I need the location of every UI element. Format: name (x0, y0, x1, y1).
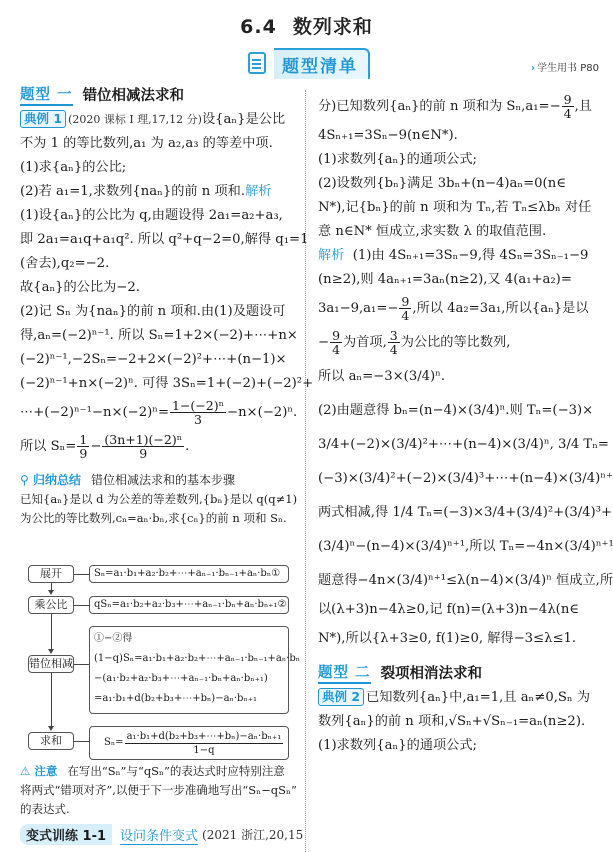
variant-training: 变式训练 1-1 设问条件变式 (2021 浙江,20,15 (20, 824, 305, 845)
summary-line: 为公比的等比数列,cₙ=aₙ·bₙ,求{cₙ}的前 n 项和 Sₙ. (20, 509, 296, 528)
variant-tag: 变式训练 1-1 (20, 824, 112, 845)
numerator: 9 (399, 295, 411, 309)
solution-line: N*),所以{λ+3≥0, f(1)≥0, 解得−3≤λ≤1. (318, 622, 604, 656)
banner-label: 题型清单 (274, 48, 370, 79)
summary-tag-text: 归纳总结 (33, 473, 81, 487)
text: ,且 (575, 99, 592, 114)
solution-line: 所以 Sₙ=19−(3n+1)(−2)ⁿ9. (20, 430, 296, 464)
analysis-label: 解析 (245, 184, 271, 199)
text: ,所以 4a₂=3a₁,所以{aₙ}是以 (412, 301, 588, 316)
flowchart: 展开 乘公比 错位相减 求和 Sₙ=a₁·b₁+a₂·b₂+⋯+aₙ₋₁·bₙ₋… (20, 563, 298, 763)
summary-heading: ⚲ 归纳总结错位相减法求和的基本步骤 (20, 470, 296, 490)
numerator: 1−(−2)ⁿ (170, 399, 226, 413)
clipboard-icon (248, 52, 266, 74)
fraction: (3n+1)(−2)ⁿ9 (102, 433, 184, 460)
fraction: 94 (330, 329, 342, 356)
example-tag: 典例 2 (318, 688, 364, 706)
text-line: (2)若 a₁=1,求数列{naₙ}的前 n 项和.解析 (20, 180, 296, 204)
warning-icon: ⚠ 注意 (20, 764, 57, 778)
problem-line: N*),记{bₙ}的前 n 项和为 Tₙ,若 Tₙ≤λbₙ 对任 (318, 196, 604, 220)
flow-connector (74, 605, 89, 606)
banner: 题型清单 (248, 50, 370, 76)
section-number: 6.4 (240, 16, 277, 38)
section-heading-type2: 题型 二 裂项相消法求和 (318, 662, 604, 686)
text-line: 数列{aₙ}的前 n 项和,√Sₙ+√Sₙ₋₁=aₙ(n≥2). (318, 710, 604, 734)
flow-sum-formula: Sₙ= a₁·b₁+d(b₂+b₃+⋯+bₙ)−aₙ·bₙ₊₁1−q (89, 726, 289, 760)
solution-line: 以(λ+3)n−4λ≥0,记 f(n)=(λ+3)n−4λ(n∈ (318, 598, 604, 622)
flow-step-subtract: 错位相减 (28, 655, 74, 673)
numerator: 9 (562, 93, 574, 107)
text-line: 不为 1 的等比数列,a₁ 为 a₂,a₃ 的等差中项. (20, 132, 296, 156)
solution-line: (1)设{aₙ}的公比为 q,由题设得 2a₁=a₂+a₃, (20, 204, 296, 228)
problem-line: (2)设数列{bₙ}满足 3bₙ+(n−4)aₙ=0(n∈ (318, 172, 604, 196)
numerator: 1 (77, 433, 89, 447)
solution-line: (−3)×(3/4)²+(−2)×(3/4)³+⋯+(n−4)×(3/4)ⁿ⁺¹… (318, 462, 604, 496)
example2-line: 典例 2已知数列{aₙ}中,a₁=1,且 aₙ≠0,Sₙ 为 (318, 686, 604, 710)
solution-line: (−2)ⁿ⁻¹,−2Sₙ=−2+2×(−2)²+⋯+(n−1)× (20, 348, 296, 372)
text: 所以 Sₙ= (20, 439, 76, 454)
text: 已知数列{aₙ}中,a₁=1,且 aₙ≠0,Sₙ 为 (366, 690, 590, 705)
solution-line: (2)由题意得 bₙ=(n−4)×(3/4)ⁿ.则 Tₙ=(−3)× (318, 394, 604, 428)
denominator: 4 (332, 343, 340, 356)
flow-subtract-formula: ①−②得 (1−q)Sₙ=a₁·b₁+a₂·b₂+⋯+aₙ₋₁·bₙ₋₁+aₙ·… (89, 626, 289, 714)
denominator: 4 (564, 107, 572, 120)
flow-connector (51, 614, 52, 650)
example-tag: 典例 1 (20, 110, 66, 128)
solution-line: −94为首项,34为公比的等比数列, (318, 326, 604, 360)
solution-line: 即 2a₁=a₁q+a₁q². 所以 q²+q−2=0,解得 q₁=1 (20, 228, 296, 252)
page-title: 6.4数列求和 (0, 12, 613, 39)
summary-title: 错位相减法求和的基本步骤 (91, 473, 235, 487)
solution-line: (n≥2),则 4aₙ₊₁=3aₙ(n≥2),又 4(a₁+a₂)= (318, 268, 604, 292)
note-box: ⚠ 注意在写出“Sₙ”与“qSₙ”的表达式时应特别注意 将两式“错项对齐”,以便… (20, 762, 300, 819)
solution-line: 3/4+(−2)×(3/4)²+⋯+(n−4)×(3/4)ⁿ, 3/4 Tₙ= (318, 428, 604, 462)
denominator: 9 (79, 447, 87, 460)
solution-line: 3a₁−9,a₁=−94,所以 4a₂=3a₁,所以{aₙ}是以 (318, 292, 604, 326)
text: 分)已知数列{aₙ}的前 n 项和为 Sₙ,a₁=− (318, 99, 561, 114)
fraction: 1−(−2)ⁿ3 (170, 399, 226, 426)
text: ⋯+(−2)ⁿ⁻¹−n×(−2)ⁿ= (20, 405, 169, 420)
numerator: a₁·b₁+d(b₂+b₃+⋯+bₙ)−aₙ·bₙ₊₁ (125, 730, 284, 744)
text: 在写出“Sₙ”与“qSₙ”的表达式时应特别注意 (67, 764, 285, 778)
note-line: 将两式“错项对齐”,以便于下一步准确地写出“Sₙ−qSₙ” (20, 781, 300, 800)
book-ref-text: 学生用书 P80 (537, 63, 599, 74)
text-line: (1)求{aₙ}的公比; (20, 156, 296, 180)
flow-multiply-formula: qSₙ=a₁·b₂+a₂·b₃+⋯+aₙ₋₁·bₙ+aₙ·bₙ₊₁② (89, 596, 289, 614)
summary-tag: ⚲ 归纳总结 (20, 473, 81, 487)
right-column: 分)已知数列{aₙ}的前 n 项和为 Sₙ,a₁=−94,且 4Sₙ₊₁=3Sₙ… (318, 90, 604, 758)
text: 为首项, (343, 335, 387, 350)
analysis-label: 解析 (318, 248, 344, 263)
fraction: 94 (562, 93, 574, 120)
chevron-right-icon: › (531, 63, 535, 74)
solution-line: 所以 aₙ=−3×(3/4)ⁿ. (318, 360, 604, 394)
problem-line: 4Sₙ₊₁=3Sₙ−9(n∈N*). (318, 124, 604, 148)
solution-line: 故{aₙ}的公比为−2. (20, 276, 296, 300)
flow-connector (51, 673, 52, 727)
variant-subtag: 设问条件变式 (120, 825, 198, 845)
text: 3a₁−9,a₁=− (318, 301, 398, 316)
numerator: 3 (388, 329, 400, 343)
text-line: (1)求数列{aₙ}的通项公式; (318, 734, 604, 758)
text: (2)若 a₁=1,求数列{naₙ}的前 n 项和. (20, 184, 245, 199)
flow-step-sum: 求和 (28, 732, 74, 750)
type-tag: 题型 二 (318, 664, 371, 684)
solution-line: 题意得−4n×(3/4)ⁿ⁺¹≤λ(n−4)×(3/4)ⁿ 恒成立,所 (318, 564, 604, 598)
flow-connector (74, 574, 89, 575)
solution-line: (2)记 Sₙ 为{naₙ}的前 n 项和.由(1)及题设可 (20, 300, 296, 324)
solution-line: (3/4)ⁿ−(n−4)×(3/4)ⁿ⁺¹,所以 Tₙ=−4n×(3/4)ⁿ⁺¹… (318, 530, 604, 564)
solution-line: ⋯+(−2)ⁿ⁻¹−n×(−2)ⁿ=1−(−2)ⁿ3−n×(−2)ⁿ. (20, 396, 296, 430)
solution-line: 解析 (1)由 4Sₙ₊₁=3Sₙ−9,得 4Sₙ=3Sₙ₋₁−9 (318, 244, 604, 268)
problem-line: 分)已知数列{aₙ}的前 n 项和为 Sₙ,a₁=−94,且 (318, 90, 604, 124)
fraction: a₁·b₁+d(b₂+b₃+⋯+bₙ)−aₙ·bₙ₊₁1−q (125, 730, 284, 757)
type-tag: 题型 一 (20, 86, 73, 106)
arrow-down-icon (48, 649, 54, 654)
formula-line: =a₁·b₁+d(b₂+b₃+⋯+bₙ)−aₙ·bₙ₊₁ (94, 689, 284, 709)
text: (1)由 4Sₙ₊₁=3Sₙ−9,得 4Sₙ=3Sₙ₋₁−9 (353, 248, 589, 263)
solution-line: 两式相减,得 1/4 Tₙ=(−3)×3/4+(3/4)²+(3/4)³+⋯+ (318, 496, 604, 530)
denominator: 1−q (193, 744, 214, 757)
formula-line: ①−②得 (94, 629, 284, 649)
fraction: 34 (388, 329, 400, 356)
problem-line: (1)求数列{aₙ}的通项公式; (318, 148, 604, 172)
denominator: 4 (401, 309, 409, 322)
section-heading-type1: 题型 一 错位相减法求和 (20, 84, 296, 108)
flow-step-expand: 展开 (28, 565, 74, 583)
note-line: 的表达式. (20, 800, 300, 819)
flow-connector (74, 664, 89, 665)
flow-step-multiply: 乘公比 (28, 596, 74, 614)
denominator: 4 (390, 343, 398, 356)
summary-line: 已知{aₙ}是以 d 为公差的等差数列,{bₙ}是以 q(q≠1) (20, 490, 296, 509)
book-reference: ›学生用书 P80 (531, 59, 599, 74)
column-divider (305, 90, 306, 852)
variant-source: (2021 浙江,20,15 (202, 826, 303, 843)
solution-line: (−2)ⁿ⁻¹+n×(−2)ⁿ. 可得 3Sₙ=1+(−2)+(−2)²+ (20, 372, 296, 396)
left-column: 题型 一 错位相减法求和 典例 1(2020 课标 Ⅰ 理,17,12 分)设{… (20, 84, 296, 528)
note-line: ⚠ 注意在写出“Sₙ”与“qSₙ”的表达式时应特别注意 (20, 762, 300, 781)
solution-line: (舍去),q₂=−2. (20, 252, 296, 276)
arrow-down-icon (48, 590, 54, 595)
arrow-down-icon (48, 726, 54, 731)
flow-connector (74, 741, 89, 742)
text: 设{aₙ}是公比 (202, 112, 285, 127)
denominator: 3 (194, 413, 202, 426)
formula-lhs: Sₙ= (104, 736, 124, 750)
section-title: 数列求和 (293, 16, 373, 38)
type-title: 裂项相消法求和 (381, 662, 483, 686)
fraction: 94 (399, 295, 411, 322)
text: −n×(−2)ⁿ. (227, 405, 297, 420)
flow-expand-formula: Sₙ=a₁·b₁+a₂·b₂+⋯+aₙ₋₁·bₙ₋₁+aₙ·bₙ① (89, 565, 289, 583)
formula-line: −(a₁·b₂+a₂·b₃+⋯+aₙ₋₁·bₙ+aₙ·bₙ₊₁) (94, 669, 284, 689)
example1-line: 典例 1(2020 课标 Ⅰ 理,17,12 分)设{aₙ}是公比 (20, 108, 296, 132)
fraction: 19 (77, 433, 89, 460)
note-tag: 注意 (34, 764, 57, 778)
numerator: (3n+1)(−2)ⁿ (102, 433, 184, 447)
problem-line: 意 n∈N* 恒成立,求实数 λ 的取值范围. (318, 220, 604, 244)
solution-line: 得,aₙ=(−2)ⁿ⁻¹. 所以 Sₙ=1+2×(−2)+⋯+n× (20, 324, 296, 348)
text: 为公比的等比数列, (401, 335, 511, 350)
numerator: 9 (330, 329, 342, 343)
example-source: (2020 课标 Ⅰ 理,17,12 分) (68, 113, 202, 126)
formula-line: (1−q)Sₙ=a₁·b₁+a₂·b₂+⋯+aₙ₋₁·bₙ₋₁+aₙ·bₙ (94, 649, 284, 669)
type-title: 错位相减法求和 (83, 84, 185, 108)
denominator: 9 (139, 447, 147, 460)
